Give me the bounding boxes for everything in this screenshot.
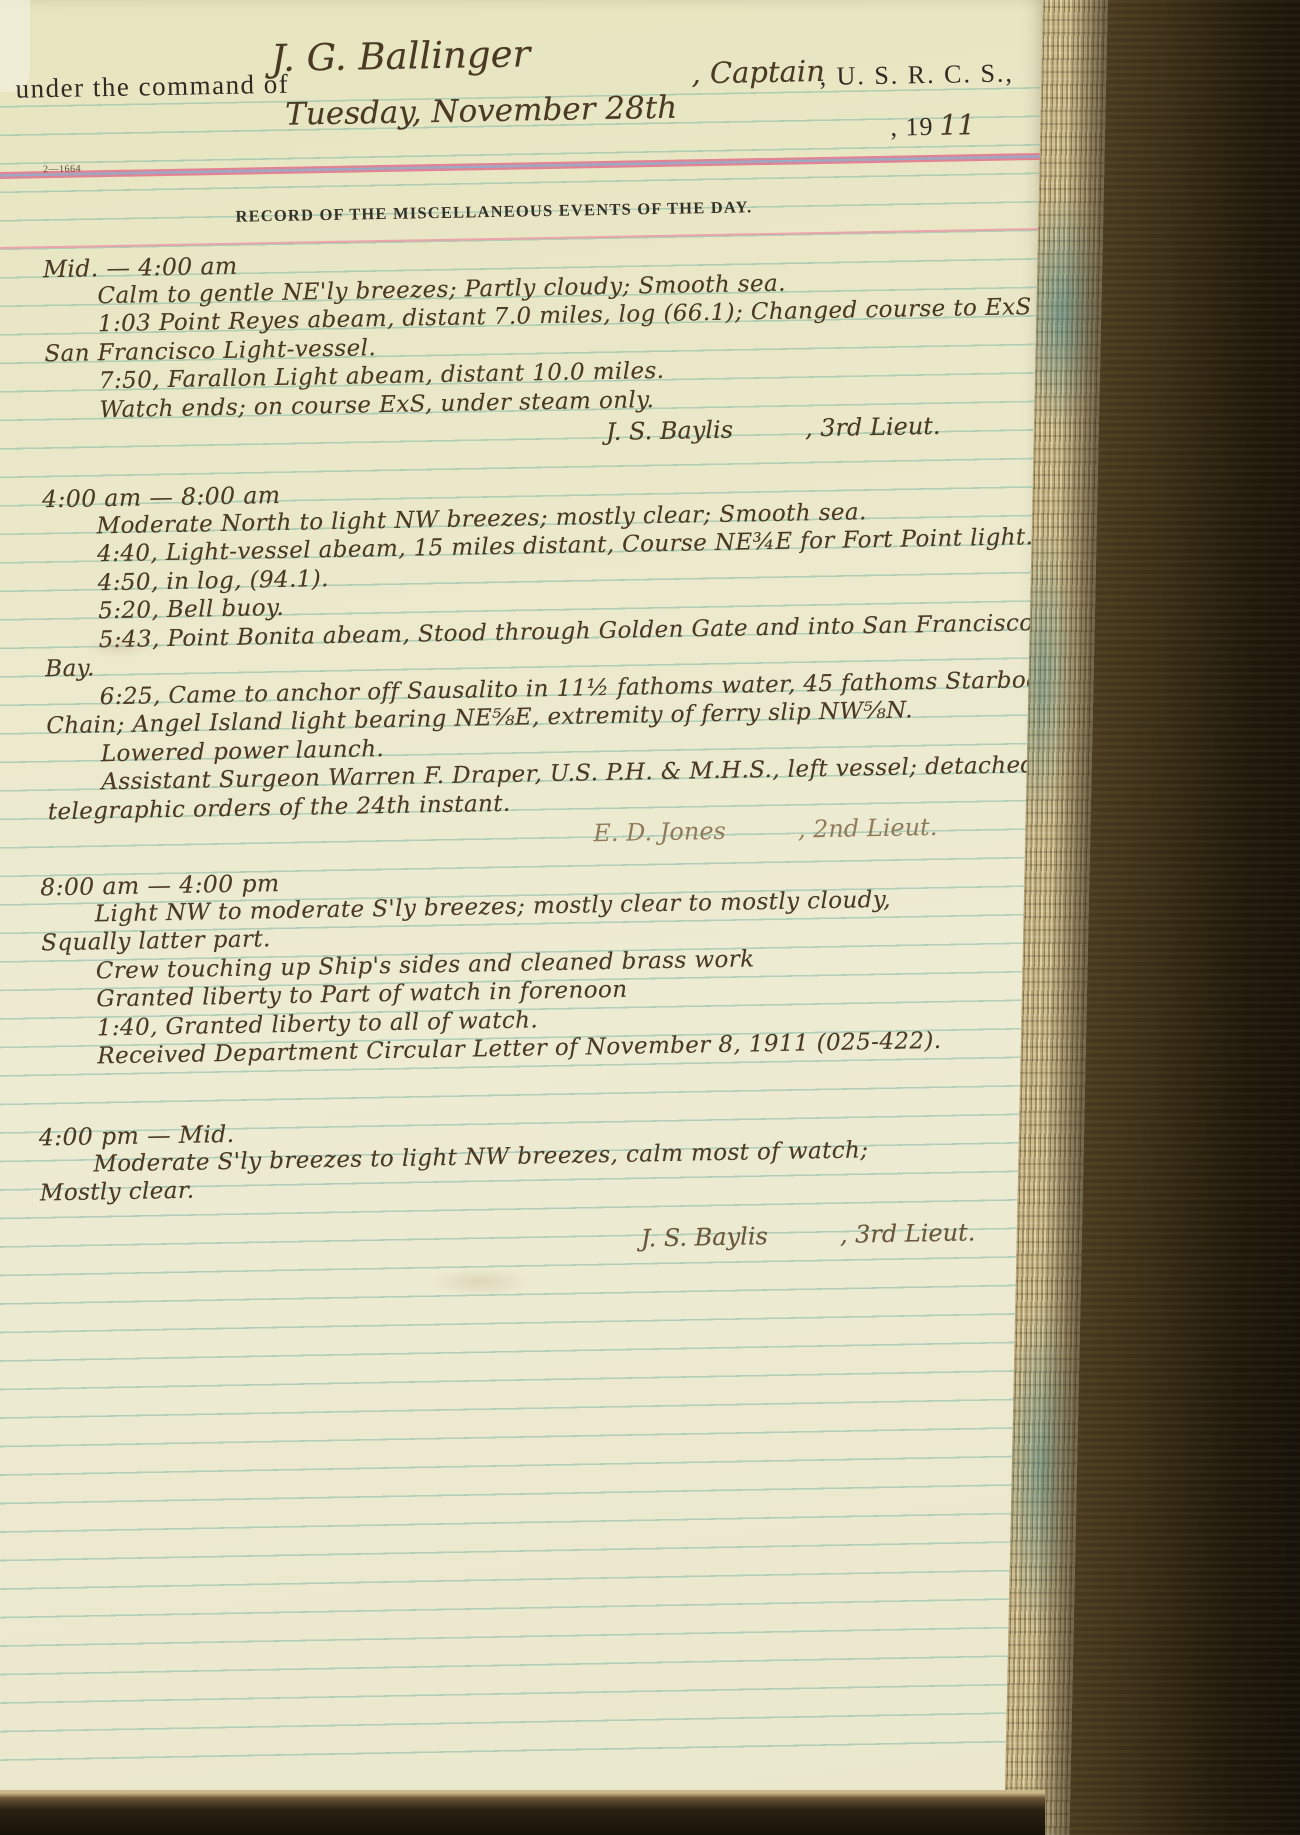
log-entries: Mid. — 4:00 amCalm to gentle NE'ly breez…	[0, 0, 1043, 1835]
page-content: under the command of J. G. Ballinger , C…	[0, 0, 1050, 1835]
signature-line: J. S. Baylis, 3rd Lieut.	[41, 1217, 1016, 1263]
log-entry-section: Mid. — 4:00 amCalm to gentle NE'ly breez…	[43, 237, 1022, 456]
signature-rank: , 3rd Lieut.	[840, 1218, 976, 1248]
logbook-page: under the command of J. G. Ballinger , C…	[0, 0, 1050, 1835]
log-entry-section: 4:00 am — 8:00 amModerate North to light…	[42, 467, 1024, 857]
page-bottom-edge	[0, 1790, 1045, 1835]
signature-name: J. S. Baylis	[641, 1222, 769, 1252]
signature-name: J. S. Baylis	[606, 416, 734, 446]
book-cover	[1070, 0, 1300, 1835]
log-entry-section: 8:00 am — 4:00 pmLight NW to moderate S'…	[40, 856, 1018, 1073]
signature-name: E. D. Jones	[593, 817, 726, 847]
log-entry-section: 4:00 pm — Mid.Moderate S'ly breezes to l…	[39, 1106, 1016, 1263]
signature-rank: , 3rd Lieut.	[805, 412, 941, 442]
signature-rank: , 2nd Lieut.	[798, 813, 938, 844]
logbook-photo: under the command of J. G. Ballinger , C…	[0, 0, 1300, 1835]
